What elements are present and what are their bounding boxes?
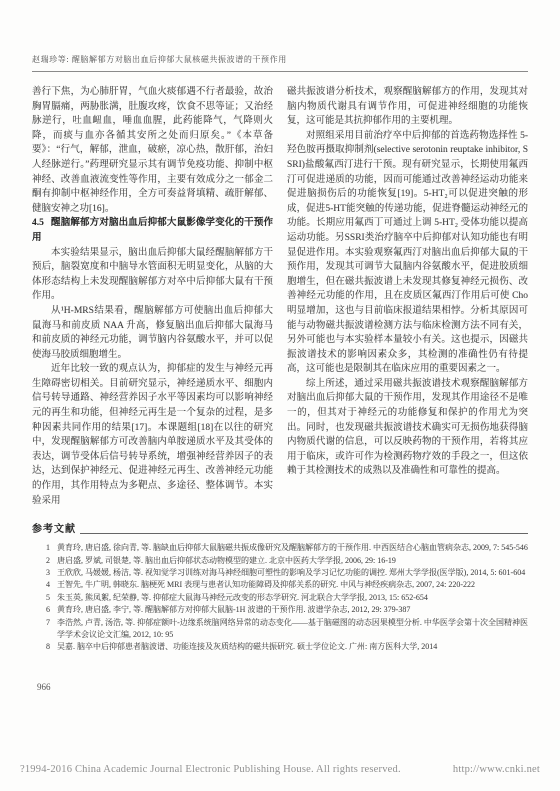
left-column: 善行下焦，为心肺肝胃，气血火痰郁遇不行者最验，故治胸胃膈痛，两胁胀满，肚腹攻疼，… [32, 85, 273, 508]
reference-text: 黄育玲, 唐启盛, 徐向青, 等. 脑缺血后抑郁大鼠脑磁共振成像研究及醒脑解郁方… [57, 542, 528, 554]
paragraph-continuation: 磁共振波谱分析技术，观察醒脑解郁方的作用，发现其对脑内物质代谢具有调节作用，可促… [287, 85, 528, 129]
reference-number: 3 [38, 567, 50, 579]
references-underline [80, 533, 528, 534]
reference-number: 6 [38, 604, 50, 616]
page-footer: ?1994-2016 China Academic Journal Electr… [20, 764, 540, 775]
footer-copyright: ?1994-2016 China Academic Journal Electr… [20, 764, 401, 775]
reference-item: 8 吴嘉. 脑卒中后抑郁患者脑波谱、功能连接及灰质结构的磁共振研究. 硕士学位论… [38, 641, 528, 653]
references-list: 1 黄育玲, 唐启盛, 徐向青, 等. 脑缺血后抑郁大鼠脑磁共振成像研究及醒脑解… [32, 542, 528, 654]
reference-item: 2 唐启盛, 罗斌, 司银楚, 等. 脑出血后抑郁状态动物模型的建立. 北京中医… [38, 555, 528, 567]
reference-text: 吴嘉. 脑卒中后抑郁患者脑波谱、功能连接及灰质结构的磁共振研究. 硕士学位论文.… [57, 641, 528, 653]
footer-url: http://www.cnki.net [453, 764, 540, 775]
page-number: 966 [37, 682, 51, 692]
section-number: 4.5 [32, 218, 44, 228]
reference-item: 5 朱玉英, 熊凤絮, 纪荣静, 等. 抑郁症大鼠海马神经元改变的形态学研究. … [38, 592, 528, 604]
running-head-rule: 赵瑞珍等: 醒脑解郁方对脑出血后抑郁大鼠核磁共振波谱的干预作用 [32, 0, 528, 72]
paragraph: 本实验结果显示，脑出血后抑郁大鼠经醒脑解郁方干预后，脑裂宽度和中脑导水管面积无明… [32, 246, 273, 304]
references-section: 参考文献 1 黄育玲, 唐启盛, 徐向青, 等. 脑缺血后抑郁大鼠脑磁共振成像研… [32, 520, 528, 654]
running-head: 赵瑞珍等: 醒脑解郁方对脑出血后抑郁大鼠核磁共振波谱的干预作用 [32, 54, 528, 65]
paragraph: 对照组采用目前治疗卒中后抑郁的首选药物选择性 5-羟色胺再摄取抑制剂(selec… [287, 129, 528, 377]
reference-number: 8 [38, 641, 50, 653]
reference-number: 1 [38, 542, 50, 554]
reference-item: 6 黄育玲, 唐启盛, 李宁, 等. 醒脑解郁方对抑郁大鼠脑-1H 波谱的干预作… [38, 604, 528, 616]
paragraph: 从¹H-MRS结果看，醒脑解郁方可使脑出血后抑郁大鼠海马和前皮质 NAA 升高，… [32, 304, 273, 362]
reference-number: 4 [38, 579, 50, 591]
reference-text: 唐启盛, 罗斌, 司银楚, 等. 脑出血后抑郁状态动物模型的建立. 北京中医药大… [57, 555, 528, 567]
reference-item: 7 李浩然, 卢青, 汤浩, 等. 抑郁症额叶-边缘系统脑网络异常的动态变化——… [38, 617, 528, 642]
reference-text: 黄育玲, 唐启盛, 李宁, 等. 醒脑解郁方对抑郁大鼠脑-1H 波谱的干预作用.… [57, 604, 528, 616]
reference-item: 1 黄育玲, 唐启盛, 徐向青, 等. 脑缺血后抑郁大鼠脑磁共振成像研究及醒脑解… [38, 542, 528, 554]
section-title: 醒脑解郁方对脑出血后抑郁大鼠影像学变化的干预作用 [32, 218, 273, 243]
reference-number: 7 [38, 617, 50, 642]
paragraph-continuation: 善行下焦，为心肺肝胃，气血火痰郁遇不行者最验，故治胸胃膈痛，两胁胀满，肚腹攻疼，… [32, 85, 273, 216]
body-columns: 善行下焦，为心肺肝胃，气血火痰郁遇不行者最验，故治胸胃膈痛，两胁胀满，肚腹攻疼，… [32, 85, 528, 508]
reference-text: 王智先, 牛广明, 韩晓东. 脑梗死 MRI 表现与患者认知功能障碍及抑郁关系的… [57, 579, 528, 591]
references-header: 参考文献 [32, 520, 528, 535]
reference-text: 李浩然, 卢青, 汤浩, 等. 抑郁症额叶-边缘系统脑网络异常的动态变化——基于… [57, 617, 528, 642]
paper-page: 赵瑞珍等: 醒脑解郁方对脑出血后抑郁大鼠核磁共振波谱的干预作用 善行下焦，为心肺… [0, 0, 560, 791]
paragraph: 综上所述，通过采用磁共振波谱技术观察醒脑解郁方对脑出血后抑郁大鼠的干预作用，发现… [287, 377, 528, 479]
reference-text: 王欣欣, 马媛媛, 杨洁, 等. 视知觉学习训练对海马神经细胞可塑性的影响及学习… [57, 567, 528, 579]
reference-number: 5 [38, 592, 50, 604]
section-heading: 4.5醒脑解郁方对脑出血后抑郁大鼠影像学变化的干预作用 [32, 216, 273, 245]
right-column: 磁共振波谱分析技术，观察醒脑解郁方的作用，发现其对脑内物质代谢具有调节作用，可促… [287, 85, 528, 508]
reference-number: 2 [38, 555, 50, 567]
paragraph: 近年比较一致的观点认为，抑郁症的发生与神经元再生障碍密切相关。目前研究显示，神经… [32, 362, 273, 508]
reference-text: 朱玉英, 熊凤絮, 纪荣静, 等. 抑郁症大鼠海马神经元改变的形态学研究. 河北… [57, 592, 528, 604]
reference-item: 4 王智先, 牛广明, 韩晓东. 脑梗死 MRI 表现与患者认知功能障碍及抑郁关… [38, 579, 528, 591]
references-heading: 参考文献 [32, 520, 76, 535]
reference-item: 3 王欣欣, 马媛媛, 杨洁, 等. 视知觉学习训练对海马神经细胞可塑性的影响及… [38, 567, 528, 579]
